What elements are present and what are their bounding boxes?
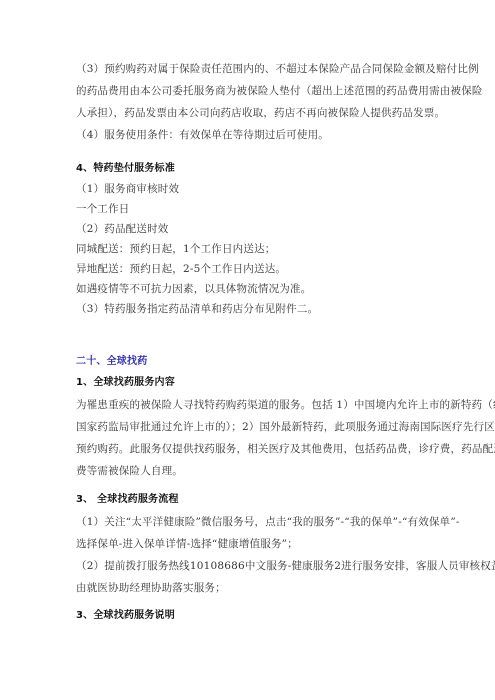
list-item: 同城配送：预约日起，1个工作日内送达；: [76, 242, 275, 256]
paragraph-line: 选择保单-进入保单详情-选择“健康增值服务”；: [76, 537, 298, 551]
list-item: （1）服务商审核时效: [76, 182, 179, 196]
paragraph-line: 的药品费用由本公司委托服务商为被保险人垫付（超出上述范围的药品费用需由被保险: [76, 84, 483, 98]
list-item: 如遇疫情等不可抗力因素，以具体物流情况为准。: [76, 282, 311, 296]
paragraph-line: 由就医协助经理协助落实服务；: [76, 581, 226, 595]
paragraph-line: 费等需被保险人自理。: [76, 464, 183, 478]
chapter-title: 二十、全球找药: [76, 355, 147, 369]
list-item: 异地配送：预约日起，2-5个工作日内送达。: [76, 262, 286, 276]
paragraph-line: （3）预约购药对属于保险责任范围内的、不超过本保险产品合同保险金额及赔付比例: [76, 62, 479, 76]
section-heading: 1、全球找药服务内容: [76, 376, 175, 390]
paragraph-line: 人承担），药品发票由本公司向药店收取，药店不再向被保险人提供药品发票。: [76, 106, 445, 120]
paragraph-line: （4）服务使用条件：有效保单在等待期过后可使用。: [76, 128, 329, 142]
document-page: （3）预约购药对属于保险责任范围内的、不超过本保险产品合同保险金额及赔付比例 的…: [0, 0, 495, 700]
section-heading: 3、全球找药服务说明: [76, 609, 175, 623]
list-item: 一个工作日: [76, 202, 130, 216]
paragraph-line: 为罹患重疾的被保险人寻找特药购药渠道的服务。包括 1）中国境内允许上市的新特药（…: [76, 398, 495, 412]
list-item: （2）药品配送时效: [76, 222, 168, 236]
section-heading: 3、 全球找药服务流程: [76, 493, 179, 507]
list-item: （3）特药服务指定药品清单和药店分布见附件二。: [76, 302, 318, 316]
paragraph-line: 预约购药。此服务仅提供找药服务，相关医疗及其他费用，包括药品费，诊疗费，药品配送: [76, 442, 495, 456]
paragraph-line: （1）关注“太平洋健康险”微信服务号，点击“我的服务”-“我的保单”-“有效保单…: [76, 515, 460, 529]
paragraph-line: 国家药监局审批通过允许上市的）；2）国外最新特药，此项服务通过海南国际医疗先行区: [76, 420, 495, 434]
section-heading: 4、特药垫付服务标准: [76, 162, 175, 176]
paragraph-line: （2）提前拨打服务热线10108686中文服务-健康服务2进行服务安排，客服人员…: [76, 559, 495, 573]
